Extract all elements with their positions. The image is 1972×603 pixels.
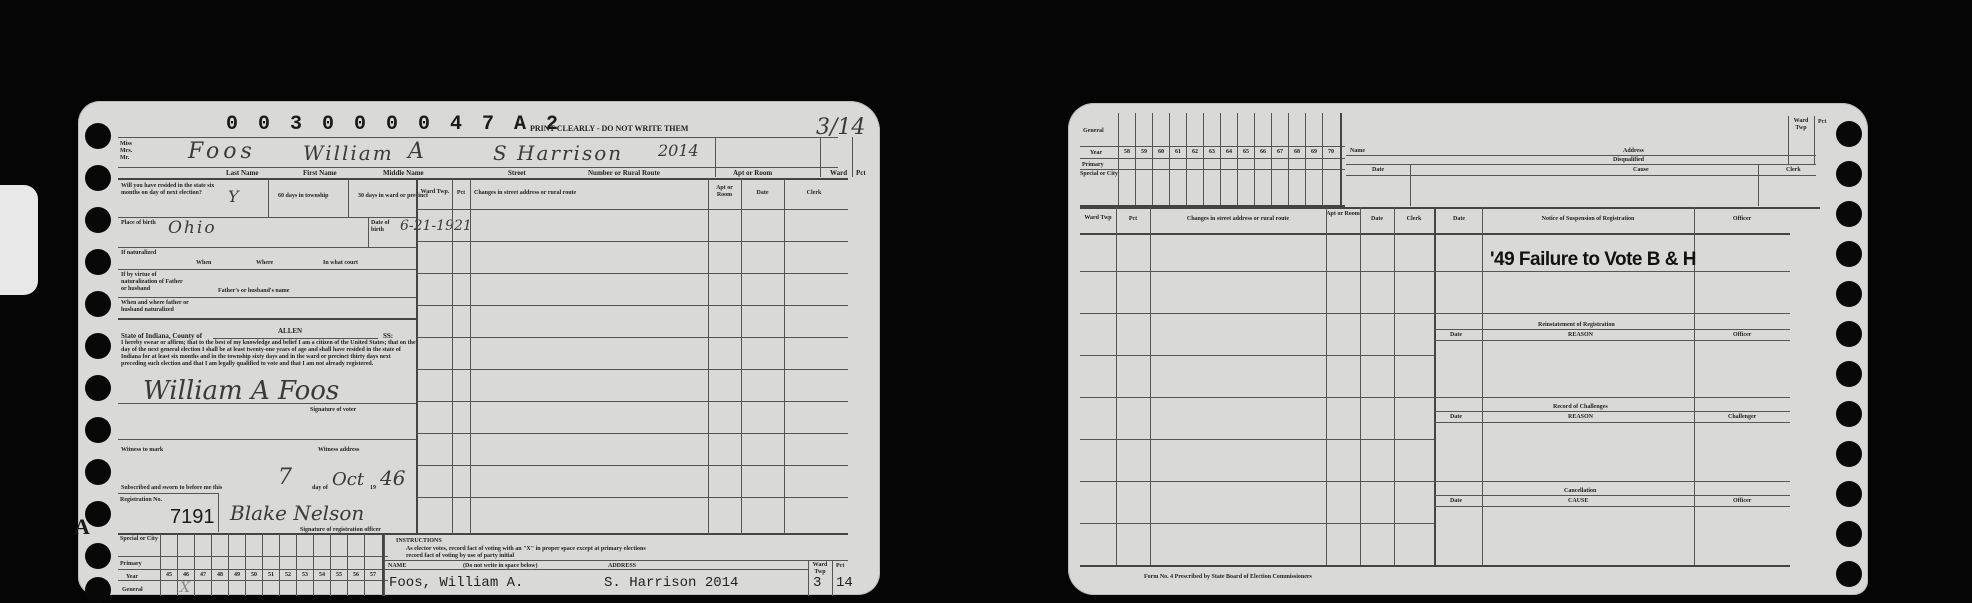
header-instruction: PRINT CLEARLY - DO NOT WRITE THEM <box>530 125 688 133</box>
naturalized-court-label: In what court <box>323 259 358 267</box>
punch-hole <box>1836 121 1862 147</box>
disqualified-cause-label: Cause <box>1633 166 1649 174</box>
suspension-stamp: '49 Failure to Vote B & H <box>1490 249 1696 271</box>
birthplace-value: Ohio <box>168 218 217 238</box>
row-label-special: Special or City <box>118 536 160 543</box>
first-name-value: William <box>303 141 394 165</box>
footer-pct-label: Pct <box>836 562 844 570</box>
table-row[interactable] <box>416 337 848 338</box>
disqualified-title: Disqualified <box>1613 156 1644 164</box>
col-header-clerk: Clerk <box>784 189 844 197</box>
birthdate-value: 6-21-1921 <box>400 218 472 234</box>
witness-mark-label: Witness to mark <box>121 446 163 454</box>
reinstatement-title: Reinstatement of Registration <box>1538 321 1615 329</box>
footer-pct-value: 14 <box>836 575 853 591</box>
col-header-clerk: Clerk <box>1394 215 1434 223</box>
registration-number-label: Registration No. <box>120 496 162 504</box>
subscribed-text: Subscribed and sworn to before me this <box>121 484 222 492</box>
challenges-reason-header: REASON <box>1568 413 1593 421</box>
table-row[interactable] <box>1080 397 1434 398</box>
registration-number-value: 7191 <box>170 506 215 529</box>
last-name-value: Foos <box>188 139 256 164</box>
footer-ward-value: 3 <box>813 575 821 591</box>
challenges-date-header: Date <box>1450 413 1462 421</box>
street-value: S Harrison <box>493 141 623 165</box>
reinstatement-reason-header: REASON <box>1568 331 1593 339</box>
registration-number-box: Registration No. 7191 <box>118 493 219 532</box>
punch-hole <box>1836 201 1862 227</box>
col-header-date: Date <box>1360 215 1394 223</box>
subscribed-month: Oct <box>332 469 364 490</box>
ward-label: Ward <box>830 169 847 177</box>
punch-hole <box>1836 241 1862 267</box>
table-row[interactable] <box>1080 313 1434 314</box>
naturalized-label: If naturalized <box>121 250 161 257</box>
punch-hole <box>85 543 111 569</box>
suspension-officer-header: Officer <box>1694 215 1790 223</box>
punch-hole <box>1836 161 1862 187</box>
registration-card-back: General Year Primary Special or City 58 … <box>1068 103 1868 595</box>
punch-hole <box>1836 281 1862 307</box>
voter-signature-label: Signature of voter <box>310 406 356 414</box>
col-header-pct: Pct <box>452 189 470 197</box>
disqualified-pct-label: Pct <box>1818 118 1826 126</box>
col-header-apt: Apt or Room <box>1326 211 1360 218</box>
punch-hole <box>1836 361 1862 387</box>
punch-hole <box>85 333 111 359</box>
year-prefix: 19 <box>370 484 376 492</box>
punch-hole <box>85 123 111 149</box>
subscribed-day: 7 <box>278 465 292 490</box>
pct-label: Pct <box>856 169 866 177</box>
table-row[interactable] <box>416 433 848 434</box>
table-row[interactable] <box>416 369 848 370</box>
punch-hole <box>85 577 111 603</box>
disqualified-ward-label: Ward Twp <box>1789 118 1813 132</box>
punch-hole <box>85 165 111 191</box>
adjacent-card-edge <box>0 185 38 295</box>
row-label-year: Year <box>1090 149 1102 157</box>
punch-hole <box>1836 481 1862 507</box>
oath-text: I hereby swear or affirm; that to the be… <box>121 340 416 368</box>
cancellation-title: Cancellation <box>1564 487 1596 495</box>
footer-ward-label: Ward Twp <box>810 562 830 576</box>
cancellation-officer-header: Officer <box>1733 497 1751 505</box>
salutation-options: Miss Mrs. Mr. <box>120 141 140 162</box>
day-of-label: day of <box>312 484 328 492</box>
middle-name-label: Middle Name <box>383 169 424 177</box>
ss-label: SS: <box>383 332 393 340</box>
subscribed-year: 46 <box>380 466 405 490</box>
general-1946-vote-mark: X <box>180 580 190 596</box>
witness-address-label: Witness address <box>318 446 359 454</box>
punch-hole <box>1836 401 1862 427</box>
punch-hole <box>85 291 111 317</box>
punch-hole <box>85 249 111 275</box>
first-name-label: First Name <box>303 169 337 177</box>
table-row[interactable] <box>1080 481 1434 482</box>
col-header-changes: Changes in street address or rural route <box>1150 215 1326 223</box>
row-label-general: General <box>1083 127 1104 135</box>
father-husband-name-label: Father's or husband's name <box>218 287 289 295</box>
punch-hole <box>85 207 111 233</box>
row-label-primary: Primary <box>120 560 142 568</box>
col-header-ward: Ward Twp. <box>418 189 452 196</box>
reinstatement-date-header: Date <box>1450 331 1462 339</box>
challenges-title: Record of Challenges <box>1553 403 1608 411</box>
col-header-date: Date <box>741 189 784 197</box>
table-row[interactable] <box>416 497 848 498</box>
residence-state-question: Will you have resided in the state six m… <box>121 183 221 197</box>
naturalized-when-label: When <box>196 259 211 267</box>
reinstatement-officer-header: Officer <box>1733 331 1751 339</box>
suspension-date-header: Date <box>1436 215 1482 223</box>
row-label-primary: Primary <box>1082 161 1104 169</box>
cancellation-cause-header: CAUSE <box>1568 497 1588 505</box>
birthdate-label: Date of birth <box>371 220 401 234</box>
disqualified-address-label: Address <box>1623 147 1644 155</box>
last-name-label: Last Name <box>226 169 258 177</box>
county-value: ALLEN <box>278 327 302 335</box>
punch-hole <box>1836 321 1862 347</box>
punch-hole <box>85 417 111 443</box>
voting-record-grid: Special or City Primary Year General 45 … <box>118 534 388 594</box>
table-row[interactable] <box>1080 439 1434 440</box>
voting-record-grid: General Year Primary Special or City 58 … <box>1080 113 1345 207</box>
challenges-challenger-header: Challenger <box>1728 413 1756 421</box>
punch-hole <box>85 459 111 485</box>
row-label-general: General <box>122 586 143 594</box>
middle-name-value: A <box>408 139 424 164</box>
number-label: Number or Rural Route <box>588 169 660 177</box>
col-header-pct: Pct <box>1116 215 1150 223</box>
disqualified-clerk-label: Clerk <box>1786 166 1801 174</box>
township-days-label: 60 days in township <box>278 193 338 200</box>
cancellation-date-header: Date <box>1450 497 1462 505</box>
footer-name-value: Foos, William A. <box>389 575 523 591</box>
punch-hole <box>1836 441 1862 467</box>
registration-card-front: 0 0 3 0 0 0 0 4 7 A 2 PRINT CLEARLY - DO… <box>78 101 880 595</box>
virtue-label: If by virtue of naturalization of Father… <box>121 272 186 293</box>
disqualified-name-label: Name <box>1350 147 1365 155</box>
disqualified-date-label: Date <box>1372 166 1384 174</box>
footer-address-value: S. Harrison 2014 <box>604 575 738 591</box>
col-header-ward: Ward Twp <box>1080 215 1116 222</box>
table-row[interactable] <box>1080 271 1434 272</box>
officer-signature: Blake Nelson <box>230 501 364 525</box>
table-row[interactable] <box>416 241 848 242</box>
row-label-special: Special or City <box>1080 171 1118 178</box>
naturalized-where-label: Where <box>256 259 273 267</box>
house-number-value: 2014 <box>658 141 699 160</box>
punch-hole <box>1836 521 1862 547</box>
when-where-naturalized-label: When and where father or husband natural… <box>121 300 191 314</box>
residence-state-answer: Y <box>228 187 239 206</box>
form-footer: Form No. 4 Prescribed by State Board of … <box>1144 573 1312 581</box>
col-header-apt: Apt or Room <box>708 185 741 199</box>
side-letter: A <box>74 514 90 540</box>
table-row[interactable] <box>1080 355 1434 356</box>
suspension-notice-header: Notice of Suspension of Registration <box>1482 215 1694 223</box>
table-row[interactable] <box>416 305 848 306</box>
instructions-line-2: record fact of voting by use of party in… <box>406 552 514 560</box>
instructions-title: INSTRUCTIONS <box>396 537 442 545</box>
table-row[interactable] <box>416 273 848 274</box>
punch-hole <box>85 375 111 401</box>
table-row[interactable] <box>416 401 848 402</box>
oath-state-line: State of Indiana, County of <box>121 332 202 340</box>
street-label: Street <box>508 169 526 177</box>
punch-hole <box>1836 561 1862 587</box>
birthplace-label: Place of birth <box>121 220 156 227</box>
table-row[interactable] <box>416 465 848 466</box>
serial-number: 0 0 3 0 0 0 0 4 7 A 2 <box>226 113 562 136</box>
apt-label: Apt or Room <box>733 169 772 177</box>
voter-signature: William A Foos <box>143 376 339 406</box>
table-row[interactable] <box>1080 523 1434 524</box>
col-header-changes: Changes in street address or rural route <box>474 189 706 197</box>
